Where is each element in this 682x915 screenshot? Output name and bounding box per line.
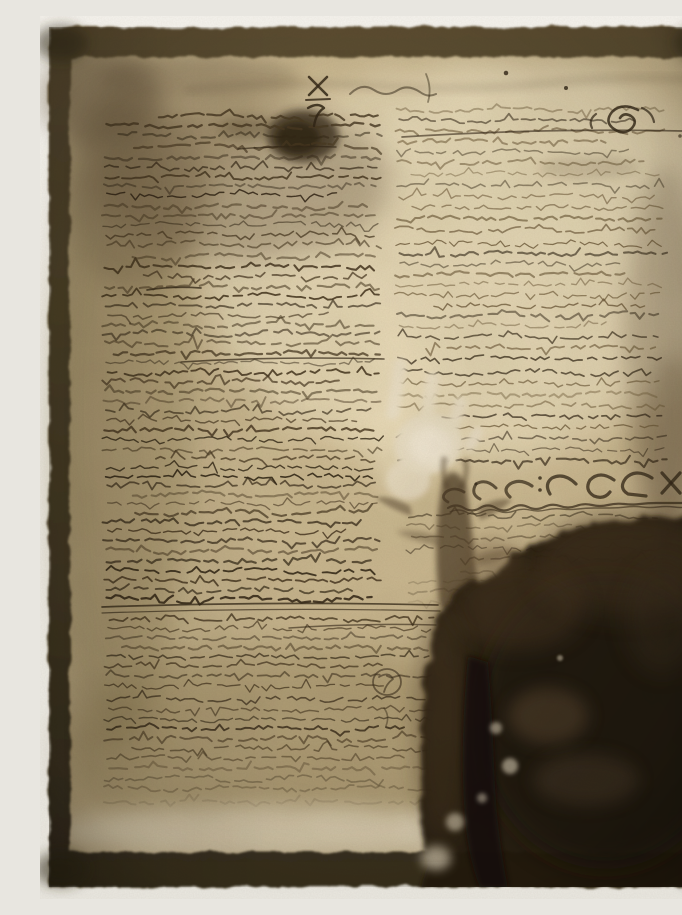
manuscript-photo-page <box>40 16 682 899</box>
calotype-photograph <box>40 16 682 899</box>
photo-grain <box>40 16 682 899</box>
